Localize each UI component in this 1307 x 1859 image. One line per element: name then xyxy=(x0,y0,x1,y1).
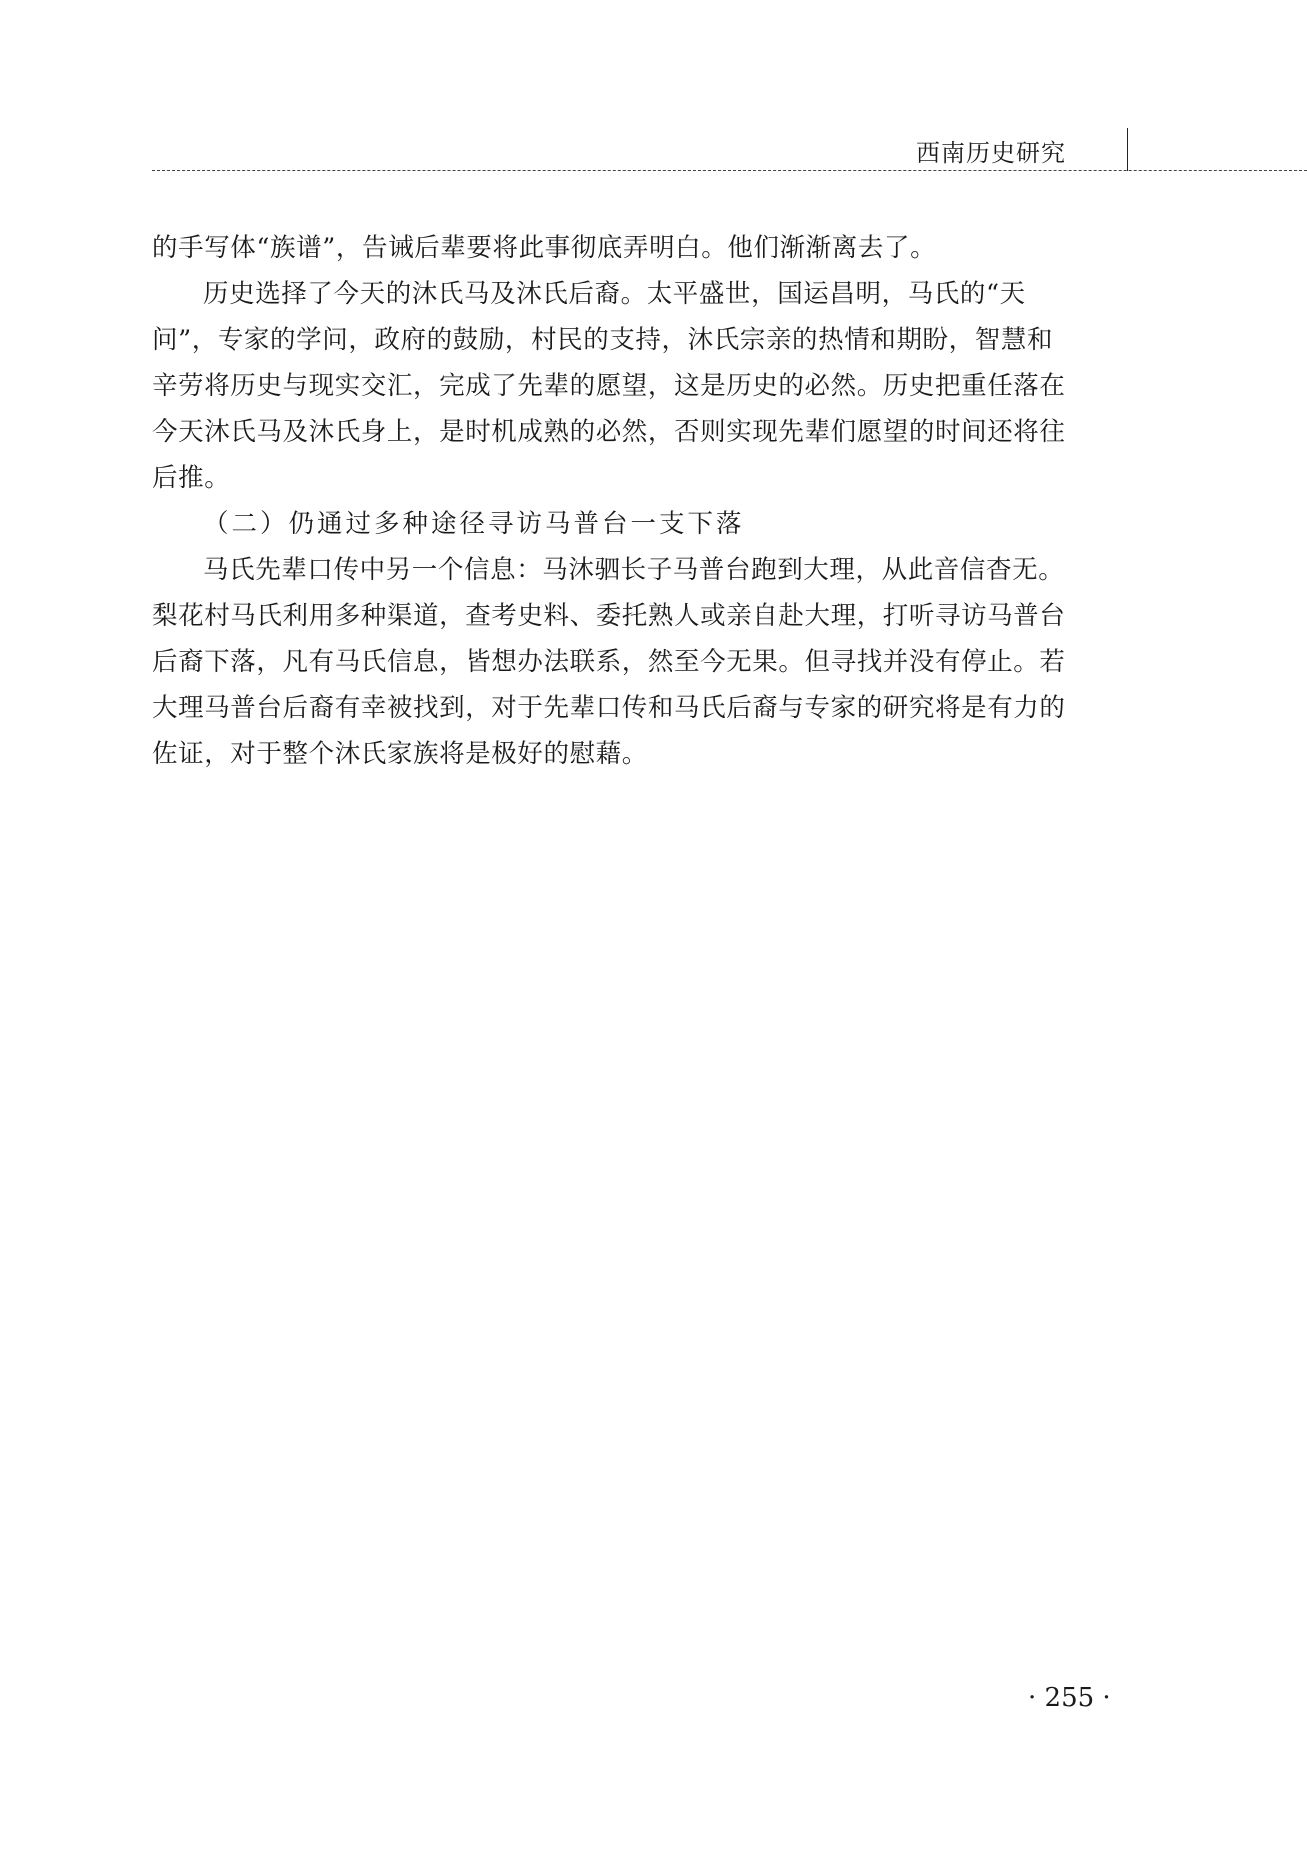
page-number: · 255 · xyxy=(1028,1683,1111,1713)
text-line: 后推。 xyxy=(152,455,1132,501)
text-line: 今天沐氏马及沐氏身上，是时机成熟的必然，否则实现先辈们愿望的时间还将往 xyxy=(152,409,1132,455)
text-line: 梨花村马氏利用多种渠道，查考史料、委托熟人或亲自赴大理，打听寻访马普台 xyxy=(152,593,1132,639)
text-line: 问”，专家的学问，政府的鼓励，村民的支持，沐氏宗亲的热情和期盼，智慧和 xyxy=(152,317,1132,363)
journal-title: 西南历史研究 xyxy=(916,133,1066,168)
header-dashed-rule xyxy=(152,170,1307,171)
page-body: 的手写体“族谱”，告诫后辈要将此事彻底弄明白。他们渐渐离去了。 历史选择了今天的… xyxy=(152,225,1132,777)
text-line: 马氏先辈口传中另一个信息：马沐驷长子马普台跑到大理，从此音信杳无。 xyxy=(152,547,1132,593)
section-heading: （二）仍通过多种途径寻访马普台一支下落 xyxy=(152,501,1132,547)
text-line: 历史选择了今天的沐氏马及沐氏后裔。太平盛世，国运昌明，马氏的“天 xyxy=(152,271,1132,317)
text-line: 的手写体“族谱”，告诫后辈要将此事彻底弄明白。他们渐渐离去了。 xyxy=(152,225,1132,271)
paragraph-2: 历史选择了今天的沐氏马及沐氏后裔。太平盛世，国运昌明，马氏的“天 问”，专家的学… xyxy=(152,271,1132,501)
text-line: 大理马普台后裔有幸被找到，对于先辈口传和马氏后裔与专家的研究将是有力的 xyxy=(152,685,1132,731)
paragraph-3: 马氏先辈口传中另一个信息：马沐驷长子马普台跑到大理，从此音信杳无。 梨花村马氏利… xyxy=(152,547,1132,777)
text-line: 佐证，对于整个沐氏家族将是极好的慰藉。 xyxy=(152,731,1132,777)
paragraph-1: 的手写体“族谱”，告诫后辈要将此事彻底弄明白。他们渐渐离去了。 xyxy=(152,225,1132,271)
header-vertical-rule xyxy=(1127,128,1128,171)
text-line: 后裔下落，凡有马氏信息，皆想办法联系，然至今无果。但寻找并没有停止。若 xyxy=(152,639,1132,685)
text-line: 辛劳将历史与现实交汇，完成了先辈的愿望，这是历史的必然。历史把重任落在 xyxy=(152,363,1132,409)
